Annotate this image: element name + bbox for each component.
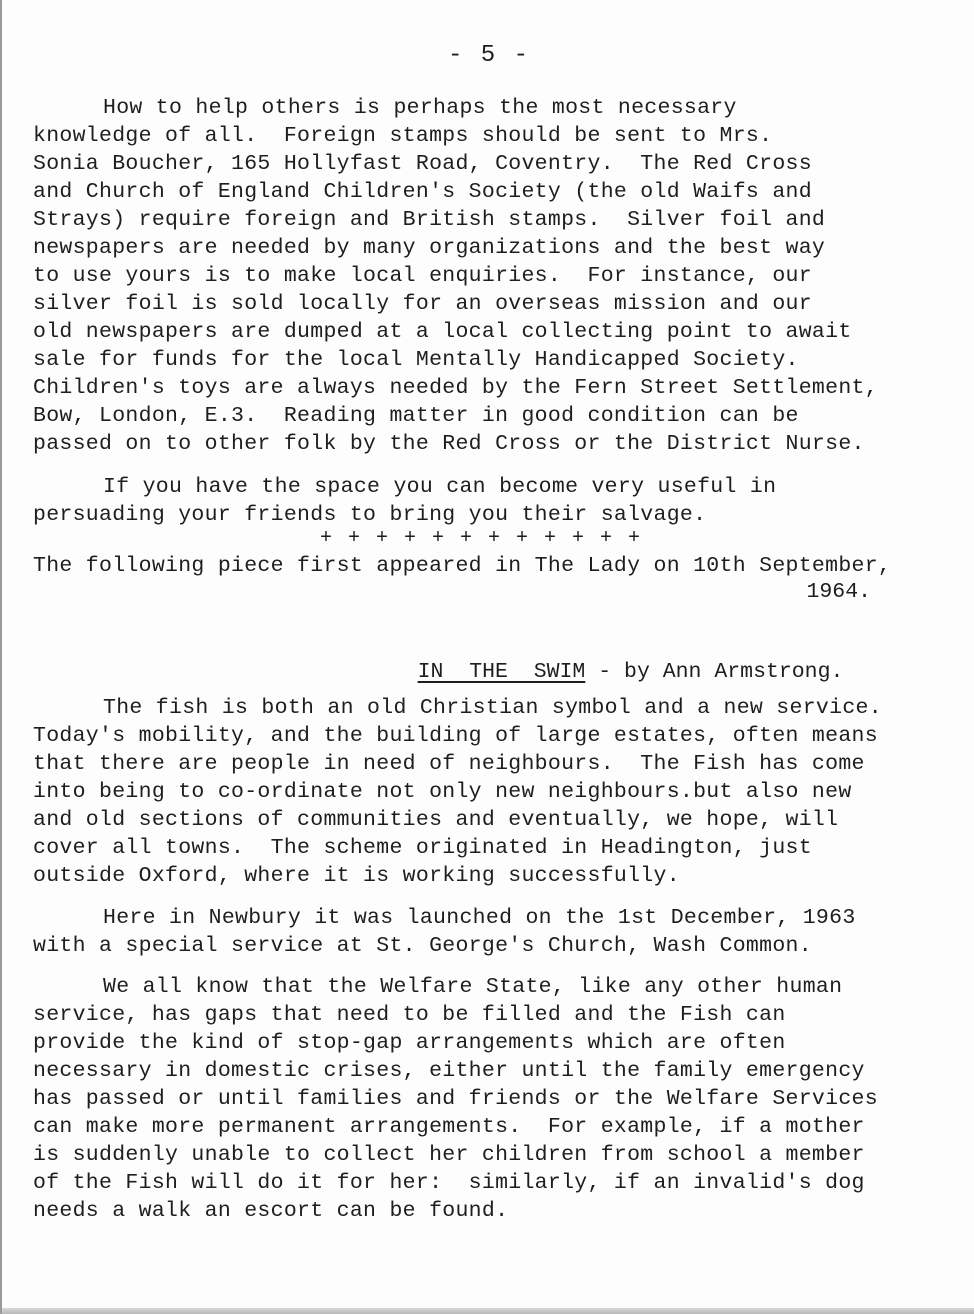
text-line: to use yours is to make local enquiries.… [33,262,812,290]
text-line: Here in Newbury it was launched on the 1… [103,904,856,932]
text-line: sale for funds for the local Mentally Ha… [33,346,799,374]
text-line: newspapers are needed by many organizati… [33,234,825,262]
text-line: passed on to other folk by the Red Cross… [33,430,865,458]
text-line: and Church of England Children's Society… [33,178,812,206]
text-line: with a special service at St. George's C… [33,932,812,960]
text-line: If you have the space you can become ver… [103,473,776,501]
text-line: We all know that the Welfare State, like… [103,973,842,1001]
article-byline: - by Ann Armstrong. [585,660,843,684]
text-line: The fish is both an old Christian symbol… [103,694,882,722]
text-line: into being to co-ordinate not only new n… [33,778,852,806]
section-separator: + + + + + + + + + + + + [320,527,642,550]
text-line: has passed or until families and friends… [33,1085,878,1113]
intro-line: The following piece first appeared in Th… [33,552,891,580]
text-line: cover all towns. The scheme originated i… [33,834,812,862]
text-line: that there are people in need of neighbo… [33,750,865,778]
text-line: Sonia Boucher, 165 Hollyfast Road, Coven… [33,150,812,178]
text-line: Strays) require foreign and British stam… [33,206,825,234]
text-line: knowledge of all. Foreign stamps should … [33,122,772,150]
text-line: persuading your friends to bring you the… [33,501,706,529]
text-line: How to help others is perhaps the most n… [103,94,737,122]
intro-year: 1964. [806,580,871,604]
text-line: Children's toys are always needed by the… [33,374,878,402]
page-bottom-edge [2,1308,974,1314]
text-line: of the Fish will do it for her: similarl… [33,1169,865,1197]
text-line: Today's mobility, and the building of la… [33,722,878,750]
text-line: necessary in domestic crises, either unt… [33,1057,865,1085]
text-line: is suddenly unable to collect her childr… [33,1141,865,1169]
text-line: provide the kind of stop-gap arrangement… [33,1029,786,1057]
text-line: outside Oxford, where it is working succ… [33,862,680,890]
text-line: needs a walk an escort can be found. [33,1197,508,1225]
text-line: Bow, London, E.3. Reading matter in good… [33,402,799,430]
text-line: and old sections of communities and even… [33,806,838,834]
text-line: old newspapers are dumped at a local col… [33,318,852,346]
page-number: - 5 - [2,42,974,69]
text-line: can make more permanent arrangements. Fo… [33,1113,865,1141]
article-title: IN THE SWIM [418,660,586,684]
text-line: service, has gaps that need to be filled… [33,1001,786,1029]
text-line: silver foil is sold locally for an overs… [33,290,812,318]
document-page: - 5 - How to help others is perhaps the … [0,0,974,1314]
